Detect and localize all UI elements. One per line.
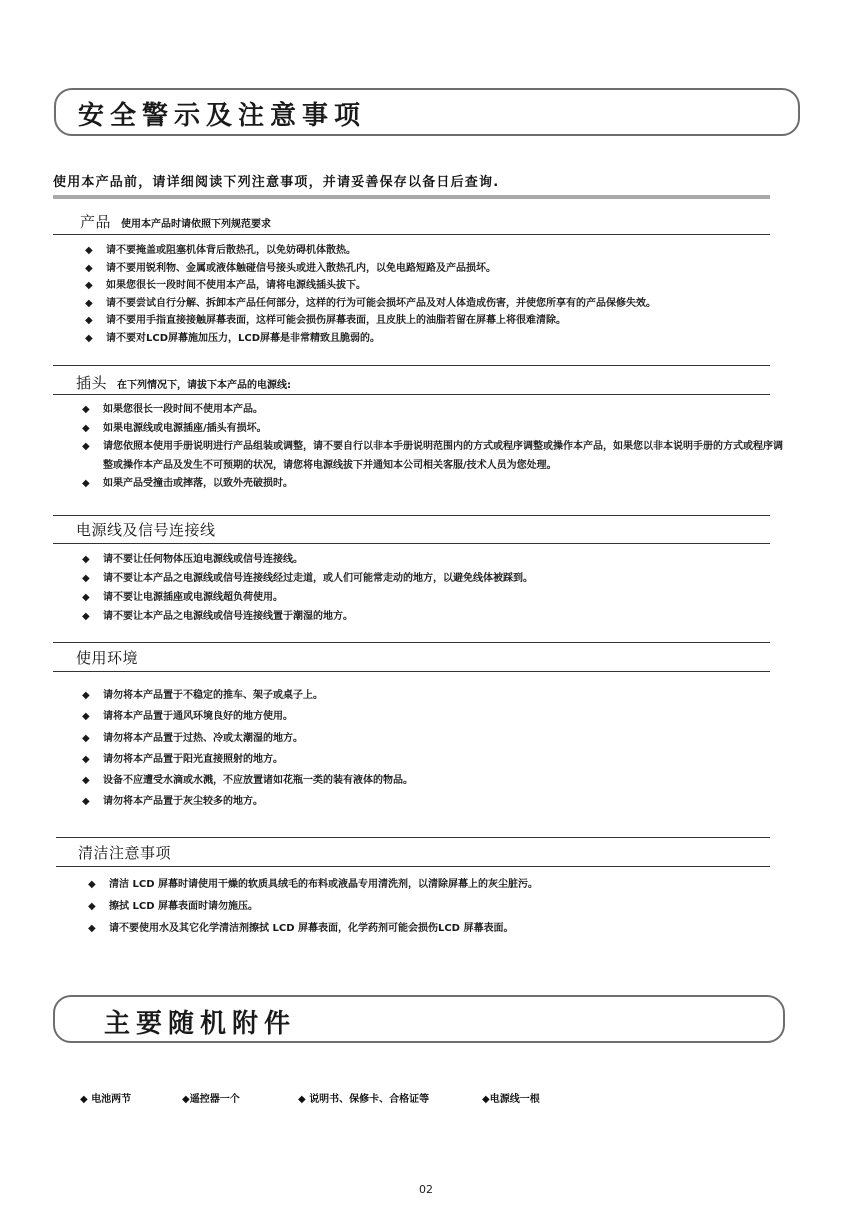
diamond-bullet-icon: ◆ — [88, 874, 96, 896]
list-item: ◆请勿将本产品置于不稳定的推车、架子或桌子上。 — [82, 685, 413, 706]
list-item: ◆请不要让任何物体压迫电源线或信号连接线。 — [82, 550, 533, 569]
list-item: ◆请勿将本产品置于阳光直接照射的地方。 — [82, 749, 413, 770]
diamond-bullet-icon: ◆ — [85, 330, 93, 348]
diamond-bullet-icon: ◆ — [88, 918, 96, 940]
diamond-bullet-icon: ◆ — [182, 1094, 190, 1105]
safety-title: 安全警示及注意事项 — [78, 95, 366, 132]
diamond-bullet-icon: ◆ — [82, 749, 90, 770]
diamond-bullet-icon: ◆ — [82, 706, 90, 727]
environment-list: ◆请勿将本产品置于不稳定的推车、架子或桌子上。 ◆请将本产品置于通风环境良好的地… — [82, 685, 413, 813]
diamond-bullet-icon: ◆ — [82, 588, 90, 607]
section-header-environment: 使用环境 — [76, 647, 138, 668]
cleaning-list: ◆清洁 LCD 屏幕时请使用干燥的软质具绒毛的布料或液晶专用清洗剂，以清除屏幕上… — [88, 874, 538, 940]
list-item: ◆如果您很长一段时间不使用本产品。 — [82, 401, 783, 420]
list-item: ◆请勿将本产品置于过热、冷或太潮湿的地方。 — [82, 728, 413, 749]
cables-list: ◆请不要让任何物体压迫电源线或信号连接线。 ◆请不要让本产品之电源线或信号连接线… — [82, 550, 533, 626]
divider — [53, 394, 770, 395]
section-header-product: 产品使用本产品时请依照下列规范要求 — [80, 211, 271, 232]
section-title: 使用环境 — [76, 649, 138, 667]
diamond-bullet-icon: ◆ — [82, 791, 90, 812]
list-item: ◆擦拭 LCD 屏幕表面时请勿施压。 — [88, 896, 538, 918]
list-item: ◆请不要尝试自行分解、拆卸本产品任何部分，这样的行为可能会损坏产品及对人体造成伤… — [85, 295, 656, 313]
diamond-bullet-icon: ◆ — [82, 401, 90, 420]
list-item: ◆请勿将本产品置于灰尘较多的地方。 — [82, 791, 413, 812]
divider — [53, 234, 770, 235]
list-item: ◆请您依照本使用手册说明进行产品组装或调整，请不要自行以非本手册说明范围内的方式… — [82, 438, 783, 475]
accessory-item: ◆ 电池两节 — [80, 1090, 131, 1105]
diamond-bullet-icon: ◆ — [82, 728, 90, 749]
list-item: ◆请不要用手指直接接触屏幕表面，这样可能会损伤屏幕表面，且皮肤上的油脂若留在屏幕… — [85, 312, 656, 330]
section-title: 电源线及信号连接线 — [76, 521, 216, 539]
list-item: ◆清洁 LCD 屏幕时请使用干燥的软质具绒毛的布料或液晶专用清洗剂，以清除屏幕上… — [88, 874, 538, 896]
divider — [53, 365, 770, 366]
section-title: 产品 — [80, 213, 111, 231]
divider — [53, 642, 770, 643]
section-header-plug: 插头在下列情况下，请拔下本产品的电源线: — [76, 372, 291, 393]
diamond-bullet-icon: ◆ — [85, 312, 93, 330]
divider — [53, 515, 770, 516]
page-number: 02 — [0, 1183, 852, 1196]
section-subtitle: 在下列情况下，请拔下本产品的电源线: — [117, 380, 291, 391]
divider — [53, 671, 770, 672]
divider — [53, 543, 770, 544]
list-item: ◆请不要用锐利物、金属或液体触碰信号接头或进入散热孔内，以免电路短路及产品损坏。 — [85, 260, 656, 278]
list-item: ◆如果电源线或电源插座/插头有损坏。 — [82, 420, 783, 439]
list-item: ◆设备不应遭受水滴或水溅，不应放置诸如花瓶一类的装有液体的物品。 — [82, 770, 413, 791]
list-item: ◆请不要让本产品之电源线或信号连接线置于潮湿的地方。 — [82, 607, 533, 626]
section-header-cables: 电源线及信号连接线 — [76, 519, 216, 540]
diamond-bullet-icon: ◆ — [482, 1094, 490, 1105]
diamond-bullet-icon: ◆ — [82, 420, 90, 439]
diamond-bullet-icon: ◆ — [82, 770, 90, 791]
diamond-bullet-icon: ◆ — [85, 277, 93, 295]
intro-text: 使用本产品前，请详细阅读下列注意事项，并请妥善保存以备日后查询. — [53, 171, 499, 190]
product-list: ◆请不要掩盖或阻塞机体背后散热孔，以免妨碍机体散热。 ◆请不要用锐利物、金属或液… — [85, 242, 656, 348]
diamond-bullet-icon: ◆ — [82, 569, 90, 588]
diamond-bullet-icon: ◆ — [80, 1094, 88, 1105]
diamond-bullet-icon: ◆ — [85, 295, 93, 313]
diamond-bullet-icon: ◆ — [298, 1094, 306, 1105]
accessories-title: 主要随机附件 — [104, 1003, 296, 1040]
divider — [56, 837, 770, 838]
diamond-bullet-icon: ◆ — [88, 896, 96, 918]
diamond-bullet-icon: ◆ — [82, 475, 90, 494]
list-item: ◆如果产品受撞击或摔落，以致外壳破损时。 — [82, 475, 783, 494]
diamond-bullet-icon: ◆ — [82, 550, 90, 569]
list-item: ◆请不要使用水及其它化学清洁剂擦拭 LCD 屏幕表面，化学药剂可能会损伤LCD … — [88, 918, 538, 940]
list-item: ◆请不要掩盖或阻塞机体背后散热孔，以免妨碍机体散热。 — [85, 242, 656, 260]
list-item: ◆请不要让电源插座或电源线超负荷使用。 — [82, 588, 533, 607]
accessory-item: ◆遥控器一个 — [182, 1090, 240, 1105]
diamond-bullet-icon: ◆ — [85, 242, 93, 260]
diamond-bullet-icon: ◆ — [85, 260, 93, 278]
diamond-bullet-icon: ◆ — [82, 607, 90, 626]
list-item: ◆请不要让本产品之电源线或信号连接线经过走道，或人们可能常走动的地方，以避免线体… — [82, 569, 533, 588]
diamond-bullet-icon: ◆ — [82, 685, 90, 706]
list-item: ◆如果您很长一段时间不使用本产品，请将电源线插头拔下。 — [85, 277, 656, 295]
divider — [56, 866, 770, 867]
section-title: 插头 — [76, 374, 107, 392]
section-subtitle: 使用本产品时请依照下列规范要求 — [121, 219, 271, 230]
accessory-item: ◆ 说明书、保修卡、合格证等 — [298, 1090, 429, 1105]
section-header-cleaning: 清洁注意事项 — [78, 842, 171, 863]
list-item: ◆请不要对LCD屏幕施加压力，LCD屏幕是非常精致且脆弱的。 — [85, 330, 656, 348]
intro-divider — [53, 195, 770, 199]
diamond-bullet-icon: ◆ — [82, 438, 90, 457]
section-title: 清洁注意事项 — [78, 844, 171, 862]
accessory-item: ◆电源线一根 — [482, 1090, 540, 1105]
plug-list: ◆如果您很长一段时间不使用本产品。 ◆如果电源线或电源插座/插头有损坏。 ◆请您… — [82, 401, 783, 494]
list-item: ◆请将本产品置于通风环境良好的地方使用。 — [82, 706, 413, 727]
